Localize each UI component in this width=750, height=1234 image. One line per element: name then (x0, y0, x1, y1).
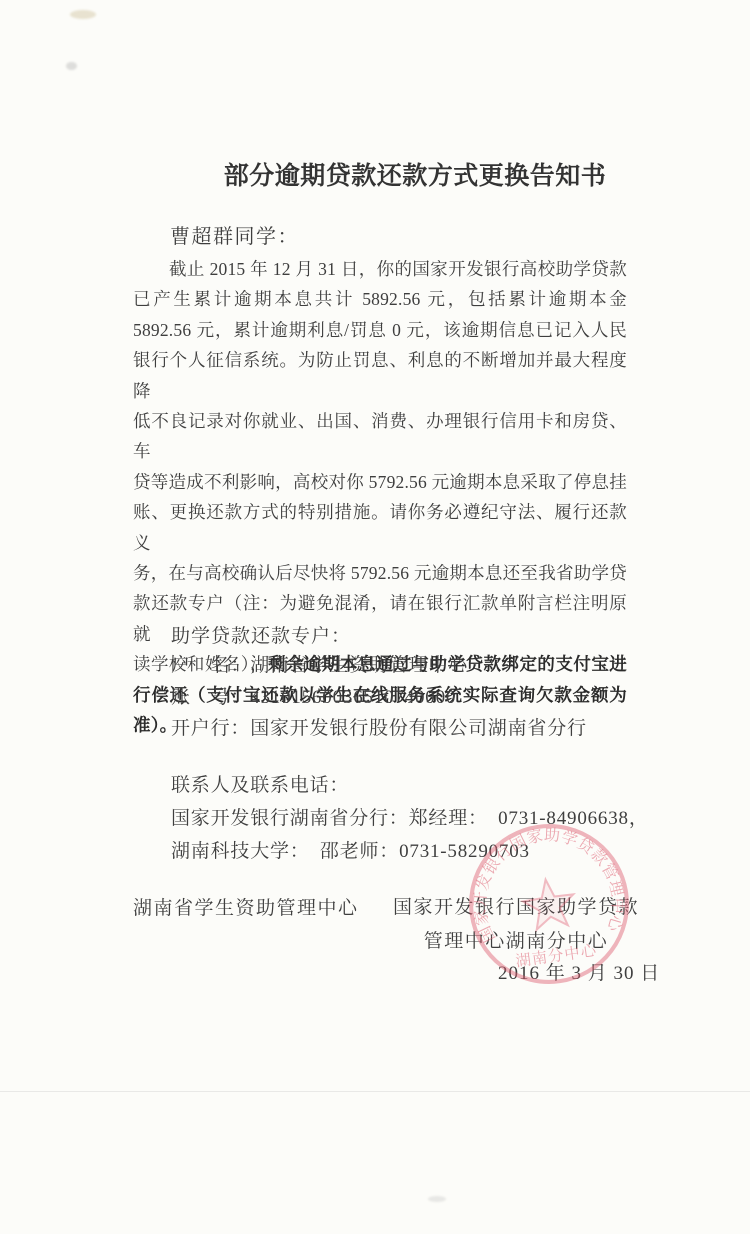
scan-artifact-line (0, 1091, 750, 1092)
contacts-heading: 联系人及联系电话： (171, 770, 649, 803)
notice-document: 部分逾期贷款还款方式更换告知书 曹超群同学： 截止 2015 年 12 月 31… (0, 0, 750, 1234)
issuer-right-signature-line2: 管理中心湖南分中心 (388, 925, 644, 959)
issuer-left-signature: 湖南省学生资助管理中心 (133, 893, 359, 920)
paragraph-line: 低不良记录对你就业、出国、消费、办理银行信用卡和房贷、车 (133, 406, 627, 467)
paragraph-line: 务，在与高校确认后尽快将 5792.56 元逾期本息还至我省助学贷 (133, 558, 627, 588)
paragraph-text: 银行个人征信系统。为防止罚息、利息的不断增加并最大程度降 (133, 350, 627, 400)
university-contact-line: 湖南科技大学： 邵老师：0731-58290703 (171, 836, 649, 869)
paragraph-text: 贷等造成不利影响，高校对你 5792.56 元逾期本息采取了停息挂 (133, 472, 627, 492)
repayment-account-heading: 助学贷款还款专户： (171, 621, 351, 648)
paragraph-line: 贷等造成不利影响，高校对你 5792.56 元逾期本息采取了停息挂 (133, 467, 627, 497)
paragraph-line: 账、更换还款方式的特别措施。请你务必遵纪守法、履行还款义 (133, 497, 627, 558)
repayment-account-block: 户 名：湖南省学生资助管理中心 账 号：43101560036510740000… (171, 650, 587, 745)
account-bank-line: 开户行：国家开发银行股份有限公司湖南省分行 (171, 713, 587, 745)
paragraph-text: 已产生累计逾期本息共计 5892.56 元，包括累计逾期本金 (133, 289, 627, 309)
account-number-line: 账 号：43101560036510740000 (171, 682, 587, 714)
paragraph-text: 5892.56 元，累计逾期利息/罚息 0 元，该逾期信息已记入人民 (133, 320, 627, 340)
paragraph-text: 务，在与高校确认后尽快将 5792.56 元逾期本息还至我省助学贷 (133, 563, 627, 583)
paragraph-line: 截止 2015 年 12 月 31 日，你的国家开发银行高校助学贷款 (133, 254, 627, 284)
paragraph-line: 已产生累计逾期本息共计 5892.56 元，包括累计逾期本金 (133, 284, 627, 314)
issuer-right-signature: 国家开发银行国家助学贷款 管理中心湖南分中心 (388, 891, 644, 959)
account-name-line: 户 名：湖南省学生资助管理中心 (171, 650, 587, 682)
paragraph-line: 银行个人征信系统。为防止罚息、利息的不断增加并最大程度降 (133, 345, 627, 406)
scan-speck (70, 10, 96, 19)
paragraph-text: 低不良记录对你就业、出国、消费、办理银行信用卡和房贷、车 (133, 411, 627, 461)
scan-speck (66, 62, 77, 70)
scan-speck (428, 1196, 446, 1202)
paragraph-line: 5892.56 元，累计逾期利息/罚息 0 元，该逾期信息已记入人民 (133, 315, 627, 345)
issuer-right-signature-line1: 国家开发银行国家助学贷款 (388, 891, 644, 925)
issue-date: 2016 年 3 月 30 日 (498, 958, 660, 985)
contacts-block: 联系人及联系电话： 国家开发银行湖南省分行：郑经理： 0731-84906638… (171, 770, 649, 868)
cdb-contact-line: 国家开发银行湖南省分行：郑经理： 0731-84906638， (171, 803, 649, 836)
paragraph-text: 截止 2015 年 12 月 31 日，你的国家开发银行高校助学贷款 (169, 259, 627, 279)
salutation: 曹超群同学： (170, 220, 299, 249)
document-title: 部分逾期贷款还款方式更换告知书 (40, 156, 750, 192)
paragraph-text: 账、更换还款方式的特别措施。请你务必遵纪守法、履行还款义 (133, 502, 627, 552)
